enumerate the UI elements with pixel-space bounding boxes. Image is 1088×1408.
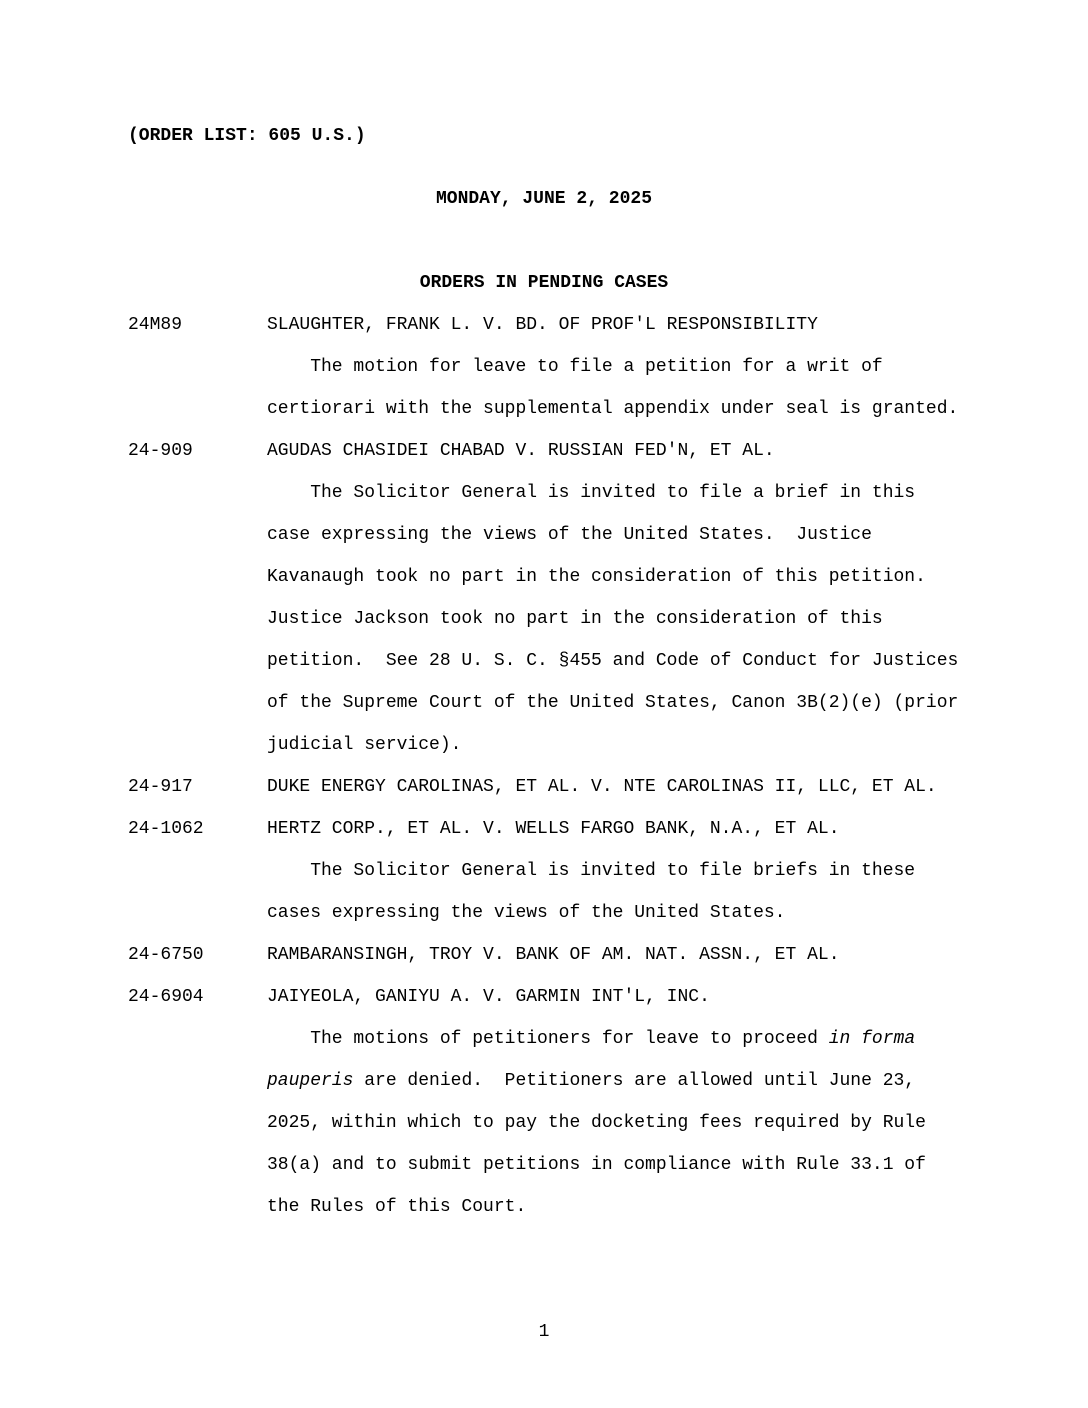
order-text: of the Supreme Court of the United State… [267,682,958,724]
order-text-line: certiorari with the supplemental appendi… [0,388,1088,430]
docket-number: 24-6904 [128,976,204,1018]
date-line: MONDAY, JUNE 2, 2025 [0,178,1088,220]
order-text-line: 38(a) and to submit petitions in complia… [0,1144,1088,1186]
docket-number: 24M89 [128,304,182,346]
order-text-line: of the Supreme Court of the United State… [0,682,1088,724]
order-text: pauperis are denied. Petitioners are all… [267,1060,915,1102]
order-text: The motion for leave to file a petition … [267,346,883,388]
case-entry-row: 24-1062HERTZ CORP., ET AL. V. WELLS FARG… [0,808,1088,850]
case-title: DUKE ENERGY CAROLINAS, ET AL. V. NTE CAR… [267,766,937,808]
case-title: SLAUGHTER, FRANK L. V. BD. OF PROF'L RES… [267,304,818,346]
order-text: petition. See 28 U. S. C. §455 and Code … [267,640,958,682]
order-rows: 24M89SLAUGHTER, FRANK L. V. BD. OF PROF'… [0,304,1088,1228]
order-text-line: pauperis are denied. Petitioners are all… [0,1060,1088,1102]
order-text: Justice Jackson took no part in the cons… [267,598,883,640]
order-text-line: Kavanaugh took no part in the considerat… [0,556,1088,598]
docket-number: 24-6750 [128,934,204,976]
docket-number: 24-917 [128,766,193,808]
order-text-line: cases expressing the views of the United… [0,892,1088,934]
case-entry-row: 24-6750RAMBARANSINGH, TROY V. BANK OF AM… [0,934,1088,976]
case-entry-row: 24-6904JAIYEOLA, GANIYU A. V. GARMIN INT… [0,976,1088,1018]
section-title: ORDERS IN PENDING CASES [0,262,1088,304]
order-text: case expressing the views of the United … [267,514,872,556]
docket-number: 24-1062 [128,808,204,850]
case-entry-row: 24M89SLAUGHTER, FRANK L. V. BD. OF PROF'… [0,304,1088,346]
order-text: the Rules of this Court. [267,1186,526,1228]
docket-number: 24-909 [128,430,193,472]
page-number: 1 [0,1311,1088,1353]
order-text: The motions of petitioners for leave to … [267,1018,915,1060]
order-text: Kavanaugh took no part in the considerat… [267,556,926,598]
order-text: The Solicitor General is invited to file… [267,850,915,892]
order-text-line: The Solicitor General is invited to file… [0,850,1088,892]
order-text-line: Justice Jackson took no part in the cons… [0,598,1088,640]
order-text-line: 2025, within which to pay the docketing … [0,1102,1088,1144]
order-text-line: petition. See 28 U. S. C. §455 and Code … [0,640,1088,682]
case-entry-row: 24-909AGUDAS CHASIDEI CHABAD V. RUSSIAN … [0,430,1088,472]
order-list-header: (ORDER LIST: 605 U.S.) [0,115,1088,157]
order-text: 2025, within which to pay the docketing … [267,1102,926,1144]
order-text-line: judicial service). [0,724,1088,766]
order-text-line: case expressing the views of the United … [0,514,1088,556]
order-text: The Solicitor General is invited to file… [267,472,915,514]
order-text: judicial service). [267,724,461,766]
case-title: HERTZ CORP., ET AL. V. WELLS FARGO BANK,… [267,808,840,850]
order-text: 38(a) and to submit petitions in complia… [267,1144,926,1186]
order-text: cases expressing the views of the United… [267,892,785,934]
case-title: AGUDAS CHASIDEI CHABAD V. RUSSIAN FED'N,… [267,430,775,472]
case-entry-row: 24-917DUKE ENERGY CAROLINAS, ET AL. V. N… [0,766,1088,808]
order-list-document-page: (ORDER LIST: 605 U.S.) MONDAY, JUNE 2, 2… [0,0,1088,1408]
order-text-line: the Rules of this Court. [0,1186,1088,1228]
order-text: certiorari with the supplemental appendi… [267,388,958,430]
case-title: JAIYEOLA, GANIYU A. V. GARMIN INT'L, INC… [267,976,710,1018]
order-text-line: The motion for leave to file a petition … [0,346,1088,388]
order-text-line: The Solicitor General is invited to file… [0,472,1088,514]
case-title: RAMBARANSINGH, TROY V. BANK OF AM. NAT. … [267,934,840,976]
order-text-line: The motions of petitioners for leave to … [0,1018,1088,1060]
